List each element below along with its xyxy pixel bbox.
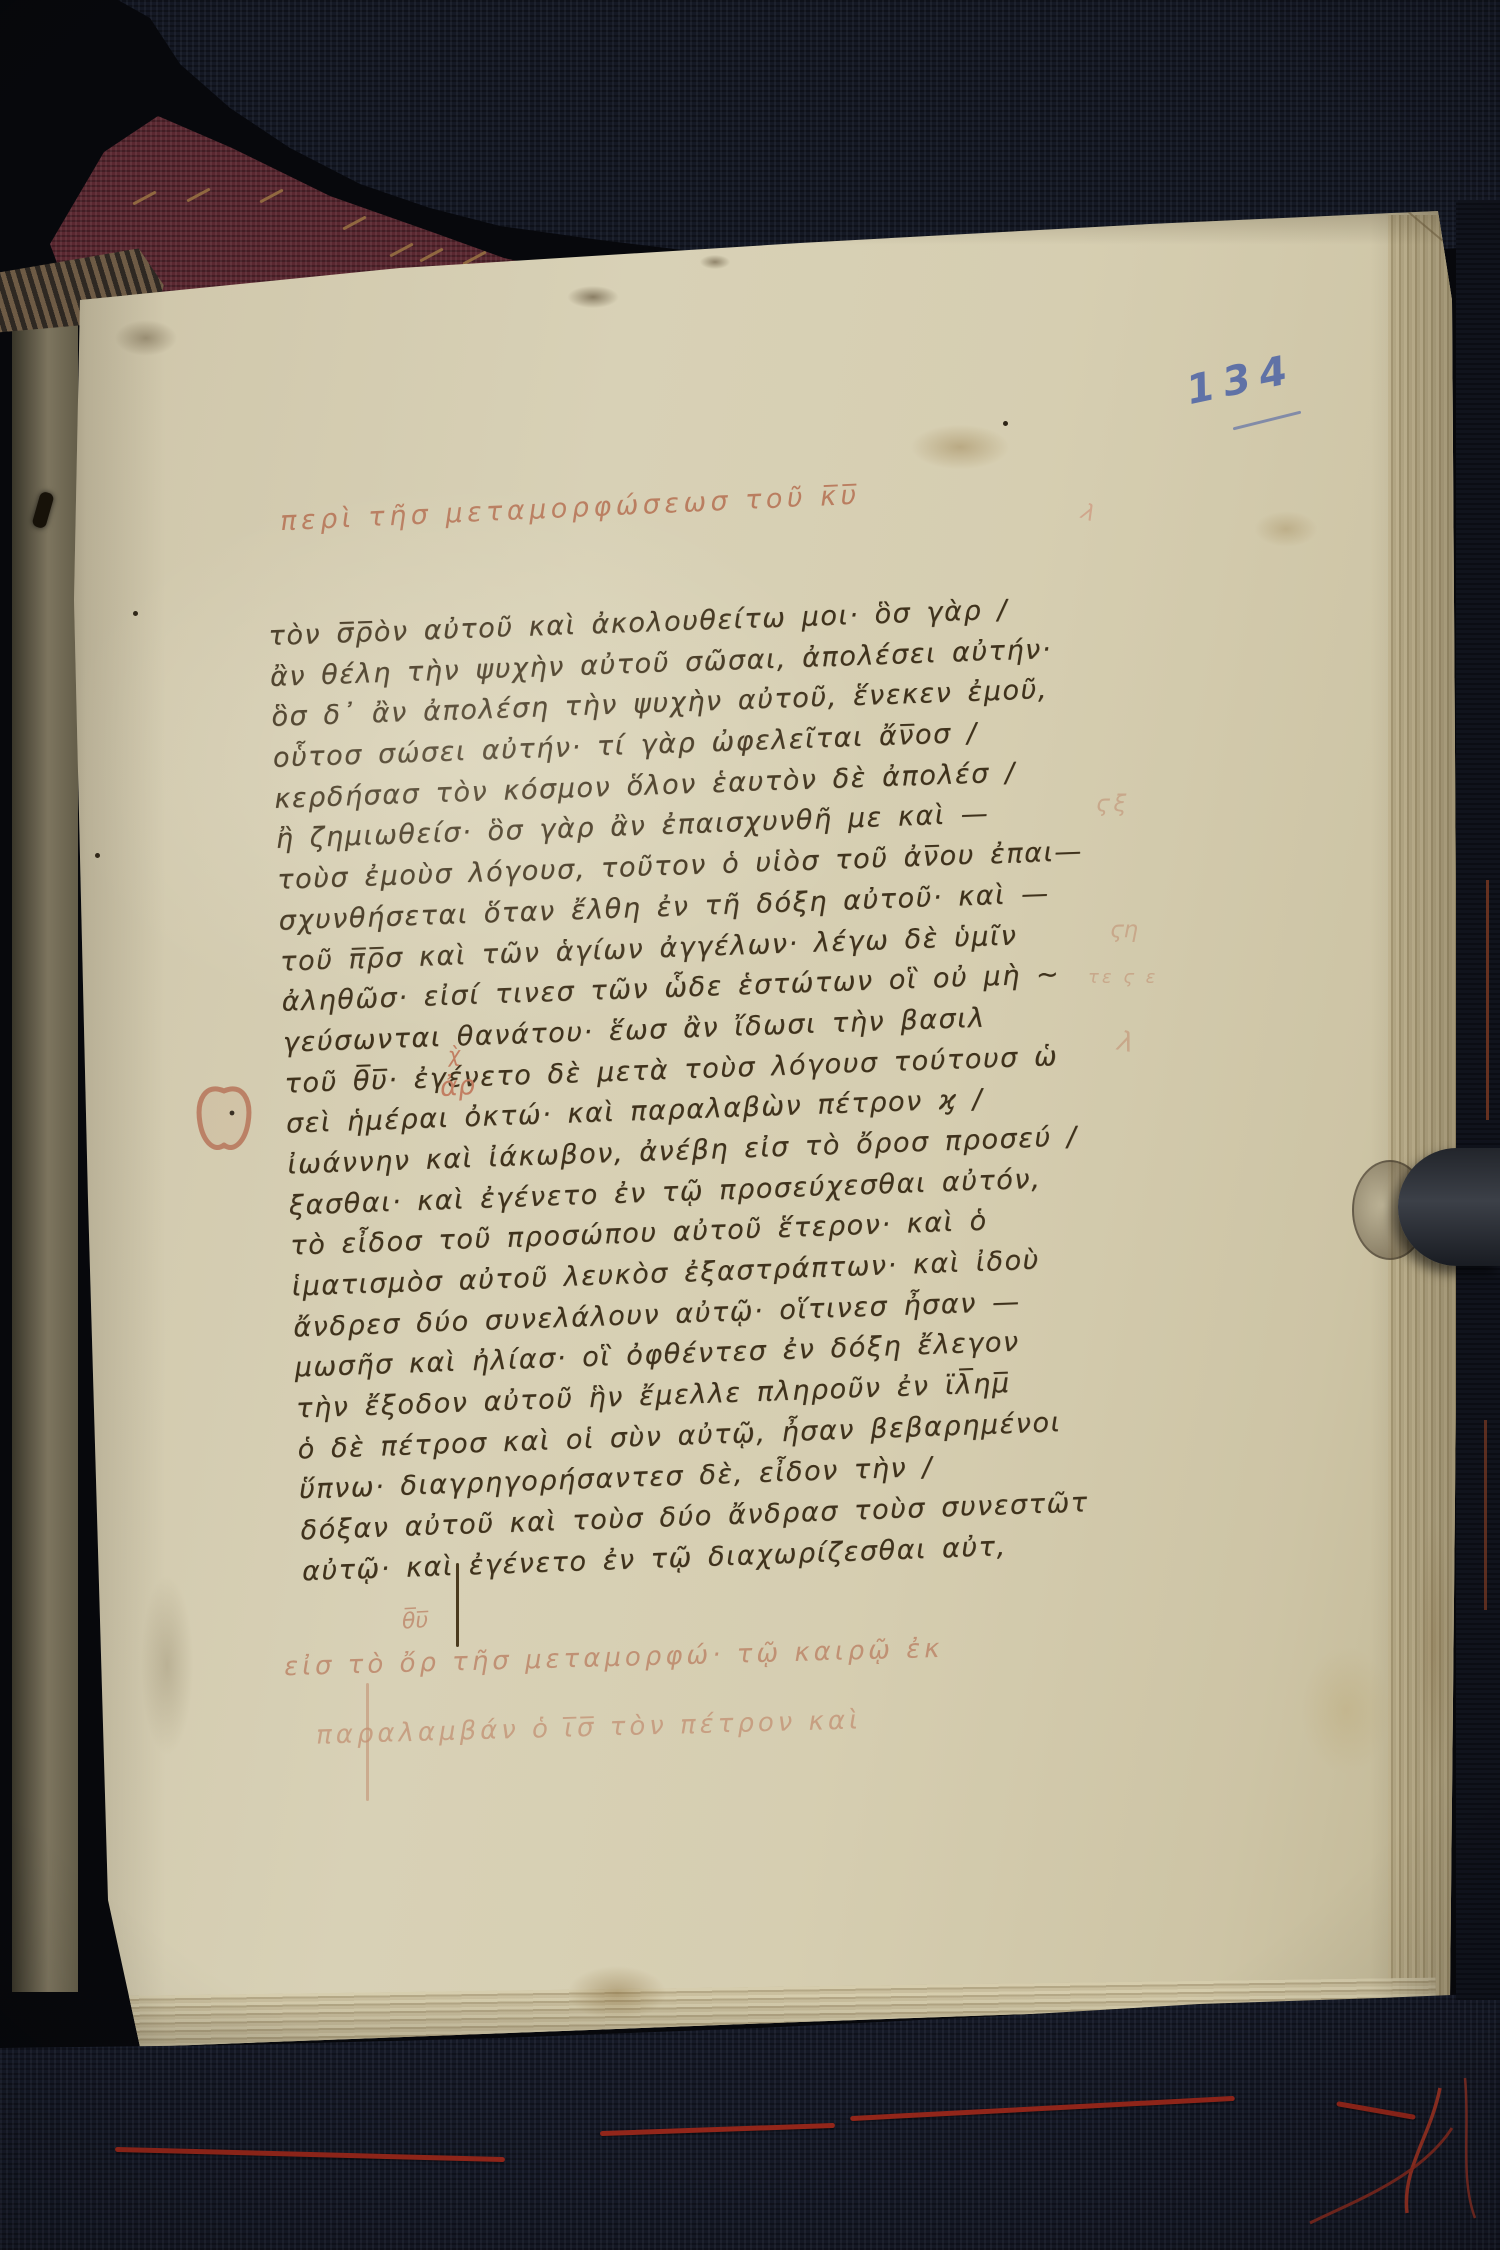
- navy-cloth-cover: [0, 1988, 1500, 2250]
- ink-speck: [133, 611, 138, 616]
- book-cover-bottom: [0, 1988, 1500, 2250]
- stain: [696, 253, 734, 271]
- folio-flourish: [1233, 411, 1302, 431]
- lection-chi-mark: χ̀: [447, 1043, 461, 1068]
- pen-stroke: [456, 1563, 459, 1647]
- stain: [561, 283, 625, 311]
- stain: [1244, 505, 1328, 553]
- margin-note-section: ϛη: [1110, 917, 1138, 943]
- stain: [106, 315, 186, 361]
- folio-number: 134: [1182, 346, 1300, 414]
- bottom-rubric-line1: εἰσ τὸ ὄρ τῆσ μεταμορφώ· τῷ καιρῷ ἐκ: [284, 1634, 944, 1682]
- margin-note-squiggle: λ: [1078, 500, 1098, 528]
- lection-arche-mark: ἀρ: [439, 1070, 476, 1103]
- previous-leaf-edge: [12, 292, 78, 1992]
- margin-note-canon: τε ϛ ε: [1088, 967, 1158, 988]
- ink-speck: [95, 853, 100, 858]
- parchment-page: 134 περὶ τῆσ μεταμορφώσεωσ τοῦ κ̅υ̅ λ τὸ…: [36, 205, 1460, 2055]
- main-text-block: τὸν σ̅ρ̅ὸν αὐτοῦ καὶ ἀκολουθείτω μοι· ὃσ…: [268, 591, 1142, 1597]
- omega-lection-mark-icon: [192, 1083, 256, 1159]
- rust-thread: [1484, 1420, 1487, 1610]
- header-rubric: περὶ τῆσ μεταμορφώσεωσ τοῦ κ̅υ̅: [280, 480, 862, 537]
- bottom-rubric-superscript: θ̅υ̅: [401, 1608, 428, 1634]
- stain: [132, 1545, 202, 1785]
- ink-speck: [1003, 421, 1008, 426]
- page-stack-edge-right: [1388, 215, 1456, 2015]
- manuscript-photo: 134 περὶ τῆσ μεταμορφώσεωσ τοῦ κ̅υ̅ λ τὸ…: [0, 0, 1500, 2250]
- stain: [894, 417, 1026, 477]
- bottom-rubric-line2: παραλαμβάν ὁ ι̅σ̅ τὸν πέτρον καὶ: [316, 1705, 863, 1750]
- book-cover-right: [1456, 200, 1500, 2000]
- rust-thread: [1486, 880, 1489, 1120]
- loose-threads: [1280, 2068, 1500, 2250]
- margin-note-section: ϛξ: [1096, 791, 1130, 817]
